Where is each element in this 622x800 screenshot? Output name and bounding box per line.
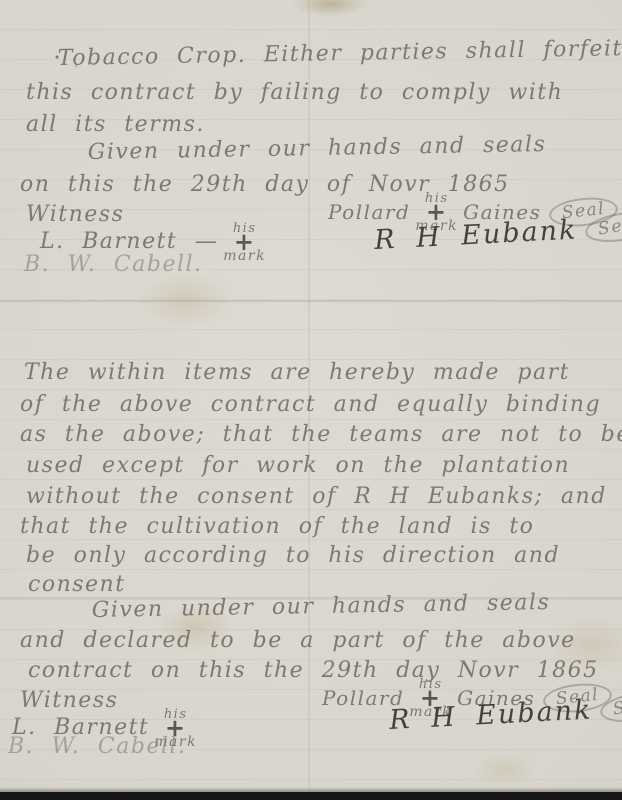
handwritten-line: of the above contract and equally bindin… <box>20 394 601 416</box>
witness-label: Witness <box>20 690 118 712</box>
mark-word-text: mark <box>223 251 266 261</box>
photo-background-edge <box>0 792 622 800</box>
handwritten-line: The within items are hereby made part <box>24 362 570 384</box>
handwritten-line: that the cultivation of the land is to <box>20 516 534 538</box>
handwritten-line: this contract by failing to comply with <box>26 82 563 104</box>
handwritten-line: as the above; that the teams are not to … <box>20 424 622 446</box>
handwritten-line: be only according to his direction and <box>26 545 560 567</box>
signer-first-name: Pollard <box>328 202 410 222</box>
horizontal-fold-crease <box>0 300 622 302</box>
handwritten-line: used except for work on the plantation <box>26 455 570 477</box>
document-scan: Tobacco Crop. Either parties shall forfe… <box>0 0 622 800</box>
witness-name: L. Barnett — <box>40 231 218 253</box>
handwritten-line: contract on this the 29th day Novr 1865 <box>28 660 599 682</box>
handwritten-line: and declared to be a part of the above <box>20 630 576 652</box>
witness-signature-cabell: B. W. Cabell. <box>24 254 203 276</box>
handwritten-line: without the consent of R H Eubanks; and <box>26 486 607 508</box>
witness-label: Witness <box>26 204 124 226</box>
his-mark-cross: his + mark <box>223 224 266 261</box>
handwritten-line: all its terms. <box>26 114 205 136</box>
witness-signature-cabell: B. W. Cabell. <box>8 736 187 758</box>
handwritten-line: consent <box>28 574 126 596</box>
